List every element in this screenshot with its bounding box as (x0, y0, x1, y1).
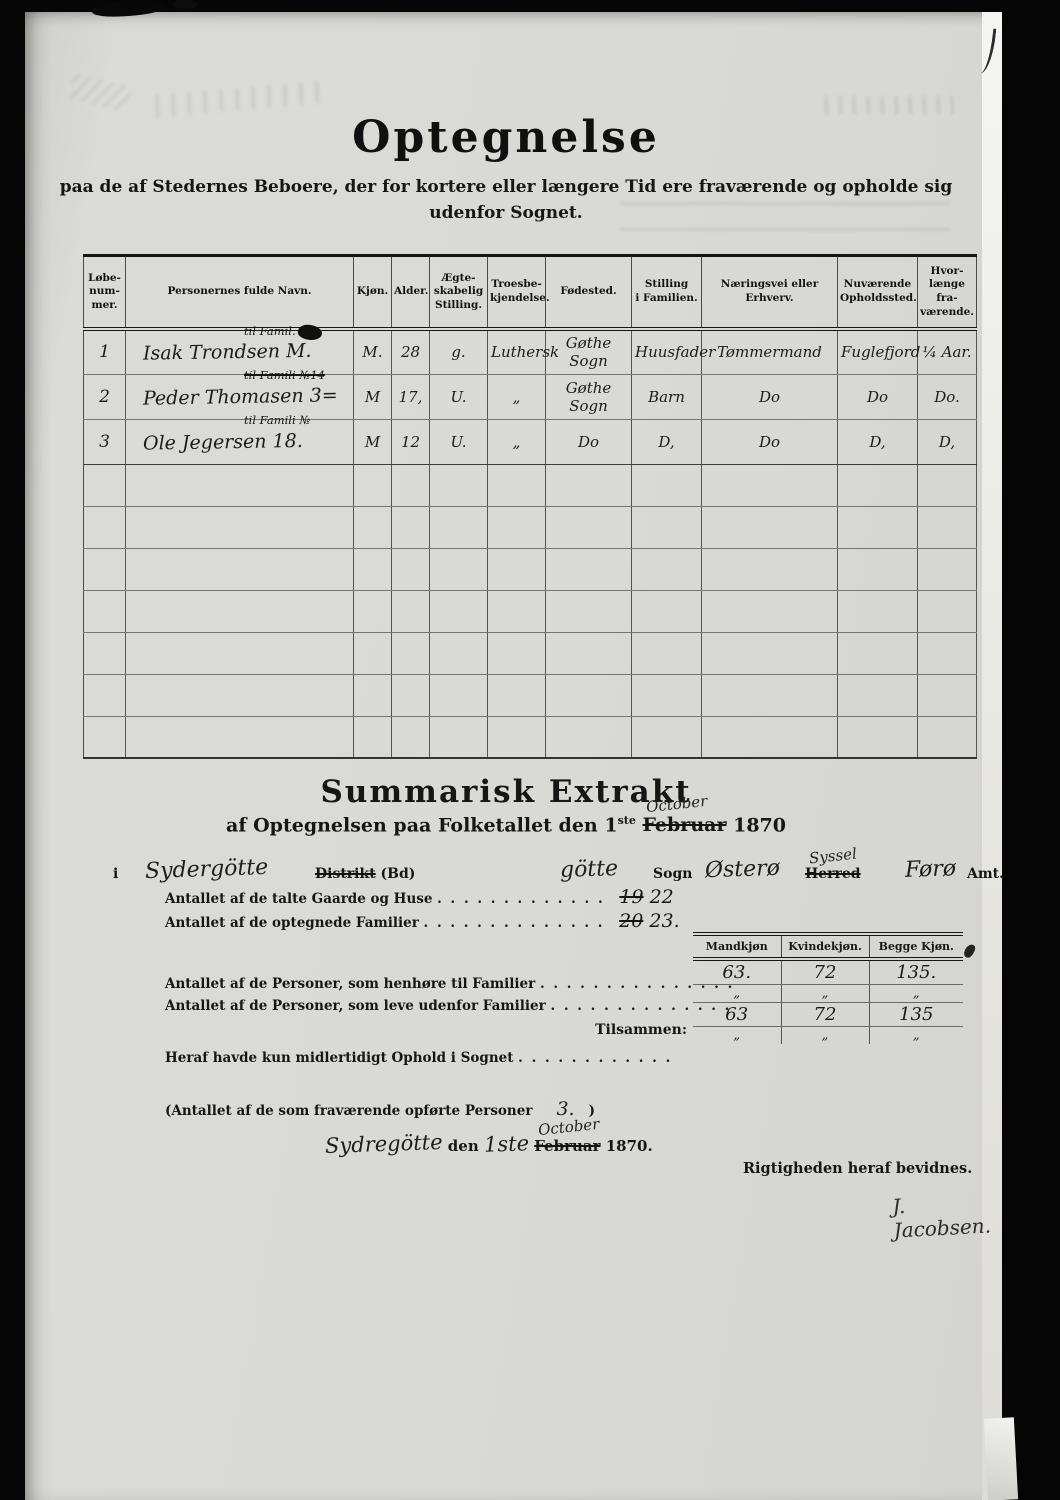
cell-stilling: Barn (632, 374, 702, 419)
summary-label-henhore: Antallet af de Personer, som henhøre til… (165, 976, 734, 992)
day-handwritten: 1ste (484, 1131, 530, 1157)
col-header-navn: Personernes fulde Navn. (126, 256, 354, 330)
col-header-fravaerende: Hvor- længe fra- værende. (918, 256, 977, 330)
cell-aegteskabelig: U. (430, 374, 488, 419)
table-row: 3 til Famili № Ole Jegersen 18. M 12 U. … (84, 419, 977, 464)
attestation-text: Rigtigheden heraf bevidnes. (743, 1160, 972, 1177)
name-annotation: til Famil. (244, 324, 322, 340)
amt-handwritten: Førø (905, 856, 957, 883)
cell-naeringsvei: Tømmermand (702, 329, 838, 374)
value-begge: 135. (869, 959, 963, 985)
col-header-kjon: Kjøn. (354, 256, 392, 330)
empty-table-row (84, 632, 977, 674)
col-header-alder: Alder. (392, 256, 430, 330)
cell-fravaerende: D, (918, 419, 977, 464)
register-table: Løbe- num- mer. Personernes fulde Navn. … (83, 254, 977, 759)
corrected-count: 22 (650, 886, 674, 908)
corrected-count: 23. (649, 910, 679, 932)
month-correction: October Februar (534, 1137, 600, 1155)
value-kvinde: 72 (781, 959, 869, 985)
cell-lobenummer: 2 (84, 374, 126, 419)
struck-herred: Herred (805, 866, 861, 882)
struck-count: 19 (619, 886, 643, 908)
herred-correction: Syssel Herred (805, 866, 861, 882)
summary-row-heraf: „ „ „ (693, 1027, 963, 1045)
extract-title: Summarisk Extrakt (25, 774, 987, 810)
cell-stilling: Huusfader (632, 329, 702, 374)
cell-troesbekjendelse: Luthersk (488, 329, 546, 374)
cell-troesbekjendelse: „ (488, 419, 546, 464)
cell-lobenummer: 1 (84, 329, 126, 374)
struck-month: Februar (642, 814, 726, 836)
cell-aegteskabelig: U. (430, 419, 488, 464)
value-mand: 63. (693, 959, 781, 985)
page-subtitle-line2: udenfor Sognet. (25, 203, 987, 223)
ink-blot-artifact (172, 0, 198, 9)
cell-alder: 12 (392, 419, 430, 464)
cell-kjon: M. (354, 329, 392, 374)
empty-table-row (84, 464, 977, 506)
location-line: i Sydergötte Distrikt (Bd) götte Sogn Øs… (105, 848, 965, 882)
amt-label: Amt. (967, 866, 1004, 882)
empty-table-row (84, 674, 977, 716)
value-begge: „ (869, 985, 963, 1003)
extract-subtitle: af Optegnelsen paa Folketallet den 1ste … (25, 814, 987, 836)
cell-naeringsvei: Do (702, 419, 838, 464)
cell-fodested: Do (546, 419, 632, 464)
count-line-gaarde: Antallet af de talte Gaarde og Huse . . … (165, 886, 865, 908)
cell-fravaerende: Do. (918, 374, 977, 419)
col-header-fodested: Fødested. (546, 256, 632, 330)
absent-persons-line: (Antallet af de som fraværende opførte P… (165, 1098, 595, 1120)
place-handwritten: Sydregötte (325, 1130, 443, 1158)
value-begge: „ (869, 1027, 963, 1045)
count-line-familier: Antallet af de optegnede Familier . . . … (165, 910, 865, 932)
col-header-stilling: Stilling i Familien. (632, 256, 702, 330)
page-content: Optegnelse paa de af Stedernes Beboere, … (25, 12, 987, 1500)
date-line: Sydregötte den 1ste October Februar 1870… (325, 1132, 653, 1156)
ordinal-suffix: ste (618, 814, 636, 827)
summary-row-henhore: 63. 72 135. (693, 959, 963, 985)
col-header-mandkjon: Mandkjøn (693, 934, 781, 959)
summary-label-tilsammen: Tilsammen: (25, 1022, 687, 1038)
syssel-handwritten: Østerø (705, 856, 781, 884)
summary-table: Mandkjøn Kvindekjøn. Begge Kjøn. 63. 72 … (693, 932, 963, 1044)
cell-naeringsvei: Do (702, 374, 838, 419)
struck-count: 20 (619, 910, 643, 932)
summary-label-heraf: Heraf havde kun midlertidigt Ophold i So… (165, 1050, 672, 1066)
month-correction: October Februar (642, 814, 726, 836)
cell-aegteskabelig: g. (430, 329, 488, 374)
value-kvinde: „ (781, 985, 869, 1003)
summary-row-udenfor: „ „ „ (693, 985, 963, 1003)
cell-opholdssted: Fuglefjord (838, 329, 918, 374)
page-corner-curl (984, 1417, 1018, 1500)
cell-opholdssted: D, (838, 419, 918, 464)
cell-fravaerende: ¼ Aar. (918, 329, 977, 374)
cell-lobenummer: 3 (84, 419, 126, 464)
col-header-lobenummer: Løbe- num- mer. (84, 256, 126, 330)
cell-navn: til Famili № Ole Jegersen 18. (126, 419, 354, 464)
value-begge: 135 (869, 1003, 963, 1027)
summary-header-row: Mandkjøn Kvindekjøn. Begge Kjøn. (693, 934, 963, 959)
value-mand: „ (693, 985, 781, 1003)
name-annotation: til Famili №14 (244, 368, 325, 382)
col-header-naeringsvei: Næringsvei eller Erhverv. (702, 256, 838, 330)
value-mand: 63 (693, 1003, 781, 1027)
district-label: Distrikt (Bd) (315, 866, 415, 882)
empty-table-row (84, 506, 977, 548)
cell-fodested: Gøthe Sogn (546, 374, 632, 419)
cell-alder: 17, (392, 374, 430, 419)
page-subtitle-line1: paa de af Stedernes Beboere, der for kor… (25, 177, 987, 197)
empty-table-row (84, 590, 977, 632)
syssel-overwrite: Syssel (808, 845, 857, 868)
empty-table-row (84, 548, 977, 590)
sogn-handwritten: götte (560, 856, 619, 883)
sogn-label: Sogn (653, 866, 692, 882)
value-kvinde: „ (781, 1027, 869, 1045)
signature: J. Jacobsen. (892, 1189, 992, 1242)
cell-kjon: M (354, 374, 392, 419)
cell-navn: til Famili №14 Peder Thomasen 3= (126, 374, 354, 419)
col-header-aegteskabelig: Ægte- skabelig Stilling. (430, 256, 488, 330)
struck-month: Februar (534, 1137, 600, 1155)
col-header-opholdssted: Nuværende Opholdssted. (838, 256, 918, 330)
name-annotation: til Famili № (244, 413, 310, 427)
empty-table-row (84, 716, 977, 758)
cell-stilling: D, (632, 419, 702, 464)
table-row: 1 til Famil. Isak Trondsen M. M. 28 g. L… (84, 329, 977, 374)
scanner-background (1002, 0, 1060, 1500)
value-mand: „ (693, 1027, 781, 1045)
cell-alder: 28 (392, 329, 430, 374)
district-handwritten: Sydergötte (145, 855, 269, 884)
col-header-beggekjon: Begge Kjøn. (869, 934, 963, 959)
cell-kjon: M (354, 419, 392, 464)
location-prefix: i (113, 866, 118, 882)
cell-troesbekjendelse: „ (488, 374, 546, 419)
page-title: Optegnelse (25, 112, 987, 163)
cell-opholdssted: Do (838, 374, 918, 419)
table-row: 2 til Famili №14 Peder Thomasen 3= M 17,… (84, 374, 977, 419)
summary-label-udenfor: Antallet af de Personer, som leve udenfo… (165, 998, 731, 1014)
value-kvinde: 72 (781, 1003, 869, 1027)
register-header-row: Løbe- num- mer. Personernes fulde Navn. … (84, 256, 977, 330)
col-header-kvindekjon: Kvindekjøn. (781, 934, 869, 959)
summary-row-tilsammen: 63 72 135 (693, 1003, 963, 1027)
col-header-troesbekjendelse: Troesbe- kjendelse. (488, 256, 546, 330)
